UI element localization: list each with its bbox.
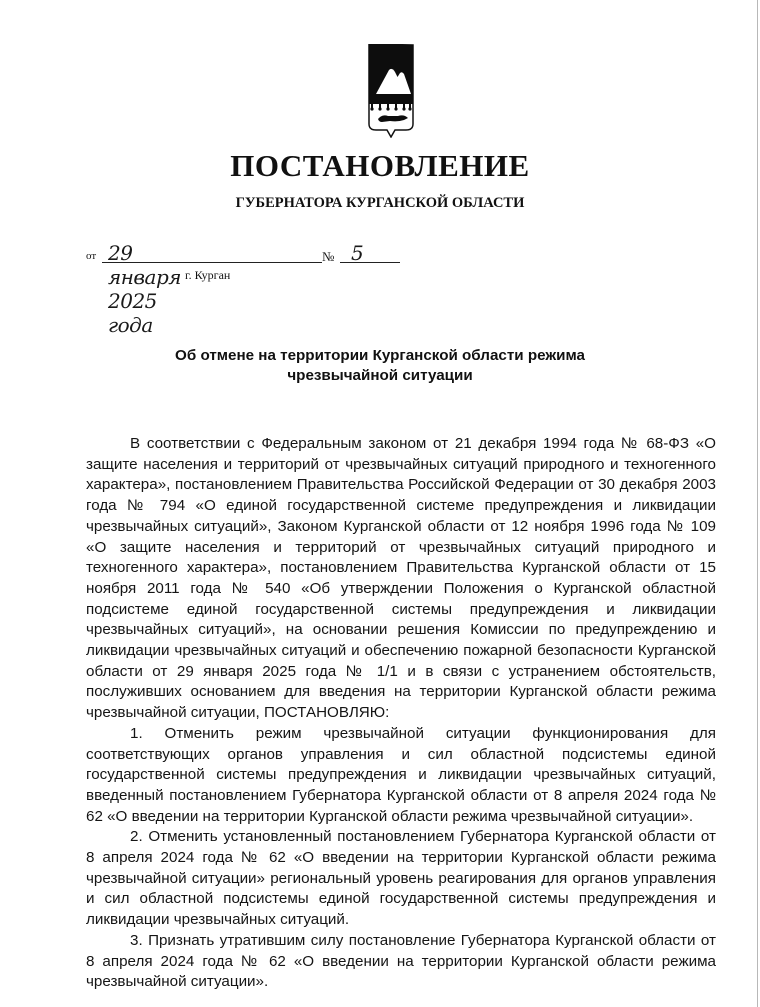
preamble-paragraph: В соответствии с Федеральным законом от … [86,434,716,724]
heading-line-2: чрезвычайной ситуации [0,366,760,386]
handwritten-date: 29 января 2025 года [108,241,181,337]
number-underline [340,262,400,263]
handwritten-number: 5 [351,241,363,265]
coat-of-arms-icon [368,44,414,138]
number-label: № [322,249,334,265]
issuer-subtitle: ГУБЕРНАТОРА КУРГАНСКОЙ ОБЛАСТИ [0,195,760,212]
document-heading: Об отмене на территории Курганской облас… [0,346,760,386]
document-type-title: ПОСТАНОВЛЕНИЕ [0,148,760,184]
date-prefix: от [86,250,96,262]
resolution-item-2: 2. Отменить установленный постановлением… [86,827,716,931]
resolution-item-1: 1. Отменить режим чрезвычайной ситуации … [86,724,716,828]
city-label: г. Курган [185,268,230,283]
heading-line-1: Об отмене на территории Курганской облас… [0,346,760,366]
document-body: В соответствии с Федеральным законом от … [86,434,716,993]
resolution-item-3: 3. Признать утратившим силу постановлени… [86,931,716,993]
